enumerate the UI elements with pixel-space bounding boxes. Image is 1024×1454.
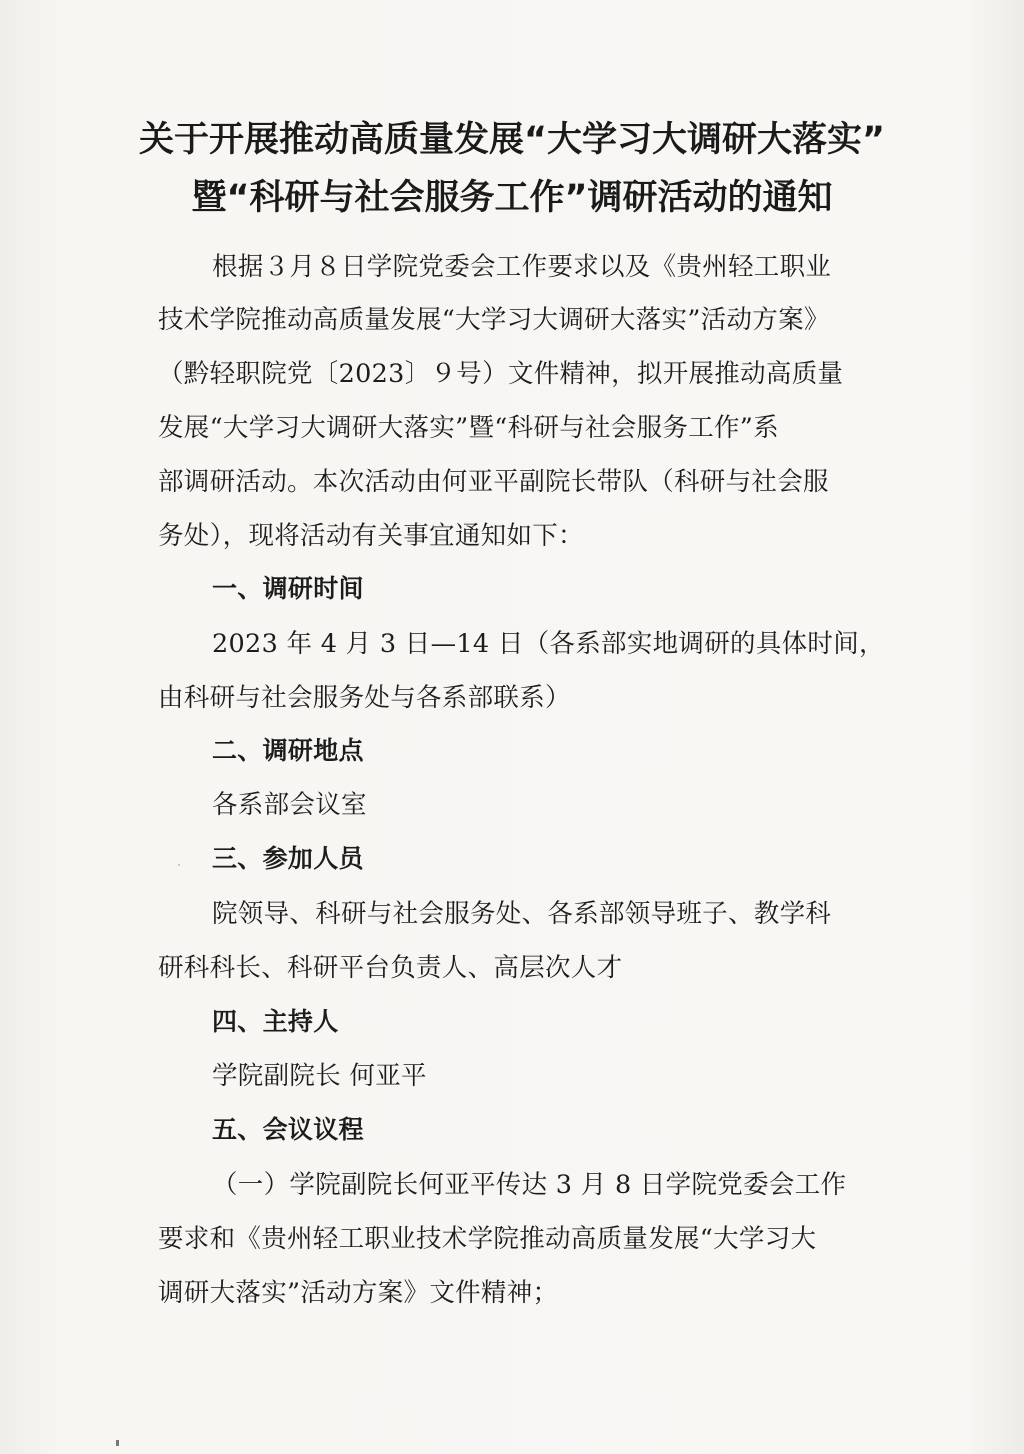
section-heading-host: 四、主持人 xyxy=(212,1005,932,1039)
section-heading-participants: 三、参加人员 xyxy=(212,842,932,876)
section-heading-time: 一、调研时间 xyxy=(212,572,932,606)
document-page: 关于开展推动高质量发展“大学习大调研大落实” 暨“科研与社会服务工作”调研活动的… xyxy=(0,0,1024,1454)
intro-line: 根据３月８日学院党委会工作要求以及《贵州轻工职业 xyxy=(212,250,932,284)
section-heading-location: 二、调研地点 xyxy=(212,734,932,768)
section-heading-agenda: 五、会议议程 xyxy=(212,1113,932,1147)
section-agenda-text: 调研大落实”活动方案》文件精神； xyxy=(158,1276,878,1310)
section-host-text: 学院副院长 何亚平 xyxy=(212,1059,932,1093)
section-agenda-text: 要求和《贵州轻工职业技术学院推动高质量发展“大学习大 xyxy=(158,1222,878,1256)
section-participants-text: 研科科长、科研平台负责人、高层次人才 xyxy=(158,951,878,985)
intro-line: 技术学院推动高质量发展“大学习大调研大落实”活动方案》 xyxy=(158,303,878,337)
intro-line: 部调研活动。本次活动由何亚平副院长带队（科研与社会服 xyxy=(158,465,878,499)
scan-mark xyxy=(116,1440,119,1446)
document-title-line-2: 暨“科研与社会服务工作”调研活动的通知 xyxy=(0,170,1024,220)
intro-line: 务处），现将活动有关事宜通知如下： xyxy=(158,519,878,553)
section-agenda-text: （一）学院副院长何亚平传达 3 月 8 日学院党委会工作 xyxy=(212,1168,932,1202)
section-location-text: 各系部会议室 xyxy=(212,788,932,822)
section-time-text: 由科研与社会服务处与各系部联系） xyxy=(158,681,878,715)
scan-speck xyxy=(178,864,180,866)
section-time-text: 2023 年 4 月 3 日—14 日（各系部实地调研的具体时间， xyxy=(212,627,932,661)
document-title-line-1: 关于开展推动高质量发展“大学习大调研大落实” xyxy=(0,112,1024,162)
intro-line: 发展“大学习大调研大落实”暨“科研与社会服务工作”系 xyxy=(158,411,878,445)
section-participants-text: 院领导、科研与社会服务处、各系部领导班子、教学科 xyxy=(212,897,932,931)
intro-line: （黔轻职院党〔2023〕９号）文件精神，拟开展推动高质量 xyxy=(158,357,878,391)
